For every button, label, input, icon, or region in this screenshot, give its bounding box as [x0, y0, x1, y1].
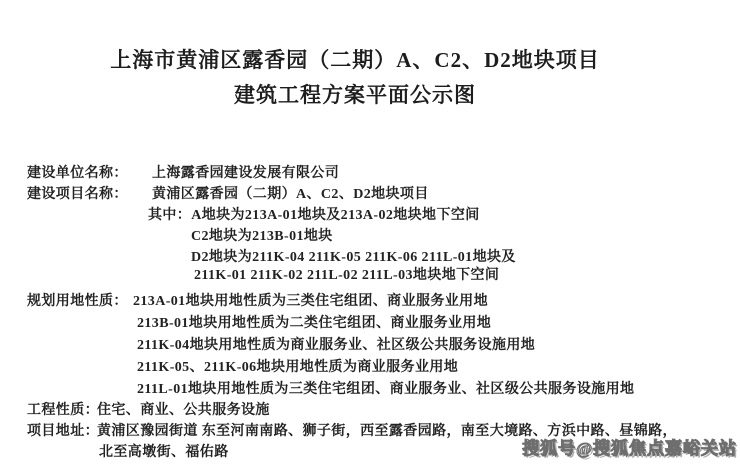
landuse-item-211k05-06: 211K-05、211K-06地块用地性质为商业服务业用地 — [137, 360, 458, 375]
construction-unit-value: 上海露香园建设发展有限公司 — [152, 166, 339, 181]
project-nature-label: 工程性质： — [27, 403, 99, 418]
sohu-watermark: 搜狐号@搜狐焦点嘉峪关站 — [522, 439, 737, 459]
landuse-item-211l01: 211L-01地块用地性质为三类住宅组团、商业服务业、社区级公共服务设施用地 — [137, 382, 634, 397]
project-detail-plot-d2-cont: 211K-01 211K-02 211L-02 211L-03地块地下空间 — [194, 268, 499, 283]
project-name-label: 建设项目名称： — [27, 187, 128, 202]
project-address-line-1: 黄浦区豫园街道 东至河南南路、狮子街，西至露香园路，南至大境路、方浜中路、昼锦路… — [97, 424, 677, 439]
project-name-value: 黄浦区露香园（二期）A、C2、D2地块项目 — [152, 187, 429, 202]
landuse-item-213b01: 213B-01地块用地性质为二类住宅组团、商业服务业用地 — [137, 316, 491, 331]
project-address-label: 项目地址： — [27, 424, 99, 439]
landuse-item-213a01: 213A-01地块用地性质为三类住宅组团、商业服务业用地 — [133, 294, 488, 309]
project-address-line-2: 北至高墩街、福佑路 — [99, 445, 229, 460]
project-detail-plot-c2: C2地块为213B-01地块 — [191, 229, 333, 244]
notice-document-page: 上海市黄浦区露香园（二期）A、C2、D2地块项目 建筑工程方案平面公示图 建设单… — [0, 0, 740, 464]
project-detail-plot-d2: D2地块为211K-04 211K-05 211K-06 211L-01地块及 — [191, 250, 516, 265]
project-detail-plot-a: 其中：A地块为213A-01地块及213A-02地块地下空间 — [148, 208, 480, 223]
document-title-line-2: 建筑工程方案平面公示图 — [0, 81, 710, 109]
landuse-item-211k04: 211K-04地块用地性质为商业服务业、社区级公共服务设施用地 — [137, 338, 535, 353]
project-nature-value: 住宅、商业、公共服务设施 — [97, 403, 270, 418]
landuse-label: 规划用地性质： — [27, 294, 128, 309]
document-title-line-1: 上海市黄浦区露香园（二期）A、C2、D2地块项目 — [0, 46, 710, 74]
construction-unit-label: 建设单位名称： — [27, 166, 128, 181]
